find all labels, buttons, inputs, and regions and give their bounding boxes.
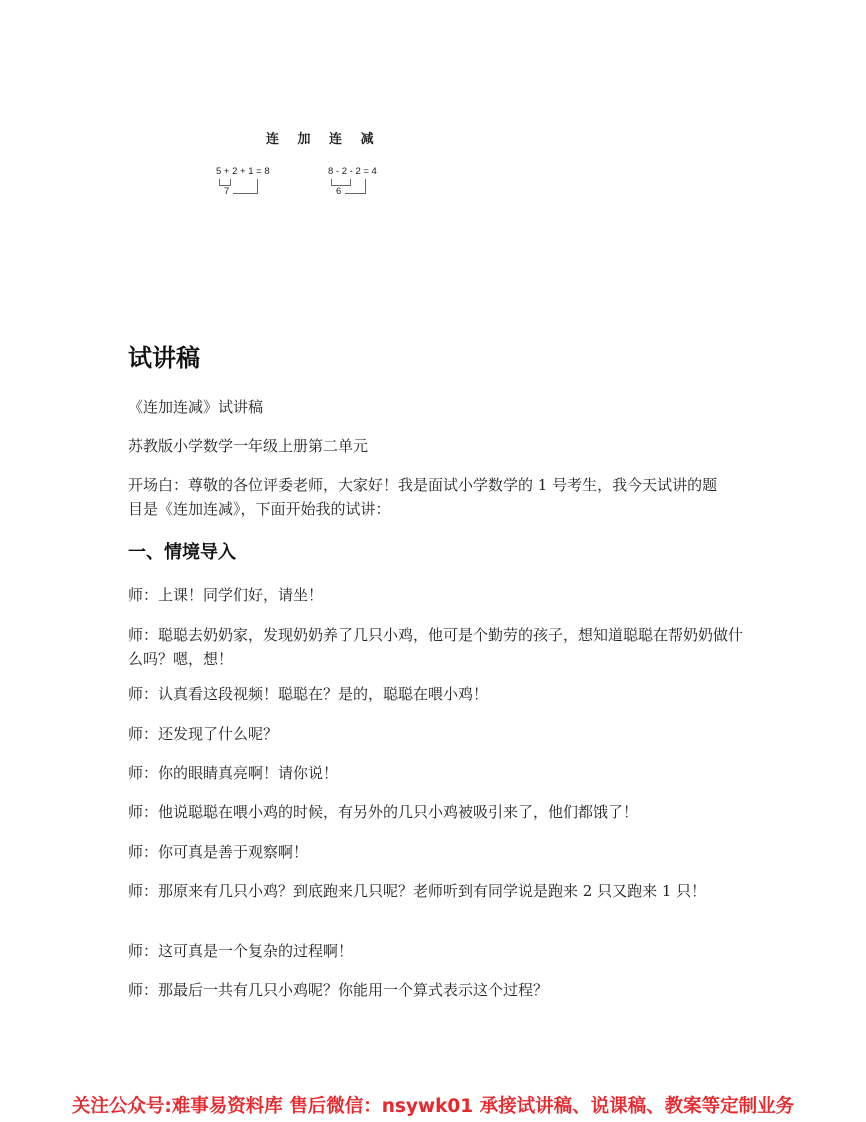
left-outer-bracket: [233, 179, 258, 194]
paragraph: 师：你可真是善于观察啊！: [128, 840, 738, 864]
paragraph: 师：他说聪聪在喂小鸡的时候，有另外的几只小鸡被吸引来了，他们都饿了！: [128, 800, 738, 824]
right-outer-bracket: [345, 179, 366, 194]
paragraph: 师：你的眼睛真亮啊！请你说！: [128, 761, 738, 785]
paragraph: 师：还发现了什么呢？: [128, 722, 738, 746]
paragraph: 师：这可真是一个复杂的过程啊！: [128, 939, 738, 963]
paragraph: 师：聪聪去奶奶家，发现奶奶养了几只小鸡，他可是个勤劳的孩子，想知道聪聪在帮奶奶做…: [128, 623, 743, 671]
right-equation: 8 - 2 - 2 = 4: [328, 166, 377, 177]
document-subtitle: 《连加连减》试讲稿: [128, 395, 738, 419]
left-partial-sum: 7: [224, 186, 229, 197]
figure-title: 连 加 连 减: [266, 128, 381, 147]
paragraph: 师：认真看这段视频！聪聪在？是的，聪聪在喂小鸡！: [128, 682, 738, 706]
textbook-info: 苏教版小学数学一年级上册第二单元: [128, 434, 738, 458]
right-partial-sum: 6: [336, 186, 341, 197]
opening-paragraph: 开场白：尊敬的各位评委老师，大家好！我是面试小学数学的 1 号考生，我今天试讲的…: [128, 473, 728, 521]
left-inner-bracket: [219, 179, 231, 186]
document-title: 试讲稿: [128, 338, 200, 373]
section-heading: 一、情境导入: [128, 538, 236, 564]
paragraph: 师：上课！同学们好，请坐！: [128, 583, 738, 607]
paragraph: 师：那原来有几只小鸡？到底跑来几只呢？老师听到有同学说是跑来 2 只又跑来 1 …: [128, 879, 728, 903]
left-equation: 5 + 2 + 1 = 8: [216, 166, 270, 177]
paragraph: 师：那最后一共有几只小鸡呢？你能用一个算式表示这个过程？: [128, 978, 738, 1002]
footer-watermark: 关注公众号:难事易资料库 售后微信：nsywk01 承接试讲稿、说课稿、教案等定…: [0, 1092, 866, 1118]
